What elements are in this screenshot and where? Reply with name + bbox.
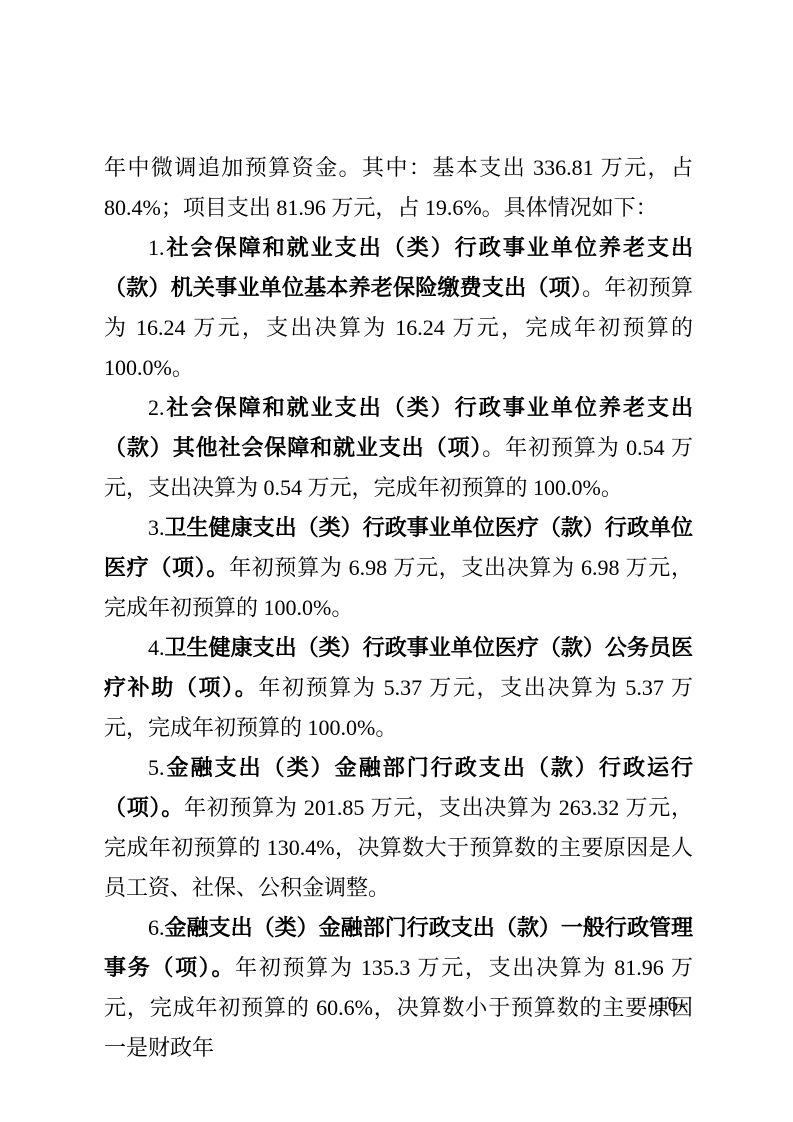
paragraph: 2.社会保障和就业支出（类）行政事业单位养老支出（款）其他社会保障和就业支出（项…	[104, 388, 693, 508]
document-body: 年中微调追加预算资金。其中：基本支出 336.81 万元，占 80.4%；项目支…	[104, 148, 693, 1068]
body-text: 6.	[148, 915, 165, 940]
body-text: 年初预算为 201.85 万元，支出决算为 263.32 万元，完成年初预算的 …	[104, 795, 693, 900]
body-text: 3.	[148, 515, 165, 540]
body-text: 1.	[148, 235, 165, 260]
paragraph: 6.金融支出（类）金融部门行政支出（款）一般行政管理事务（项）。年初预算为 13…	[104, 908, 693, 1068]
body-text: 4.	[148, 635, 165, 660]
paragraph: 1.社会保障和就业支出（类）行政事业单位养老支出（款）机关事业单位基本养老保险缴…	[104, 228, 693, 388]
body-text: 2.	[148, 395, 165, 420]
paragraph: 5.金融支出（类）金融部门行政支出（款）行政运行（项）。年初预算为 201.85…	[104, 748, 693, 908]
paragraph: 年中微调追加预算资金。其中：基本支出 336.81 万元，占 80.4%；项目支…	[104, 148, 693, 228]
paragraph: 4.卫生健康支出（类）行政事业单位医疗（款）公务员医疗补助（项）。年初预算为 5…	[104, 628, 693, 748]
document-page: 年中微调追加预算资金。其中：基本支出 336.81 万元，占 80.4%；项目支…	[0, 0, 793, 1122]
paragraph: 3.卫生健康支出（类）行政事业单位医疗（款）行政单位医疗（项）。年初预算为 6.…	[104, 508, 693, 628]
body-text: 5.	[148, 755, 165, 780]
page-number: -16-	[648, 992, 687, 1016]
body-text: 年中微调追加预算资金。其中：基本支出 336.81 万元，占 80.4%；项目支…	[104, 155, 693, 220]
